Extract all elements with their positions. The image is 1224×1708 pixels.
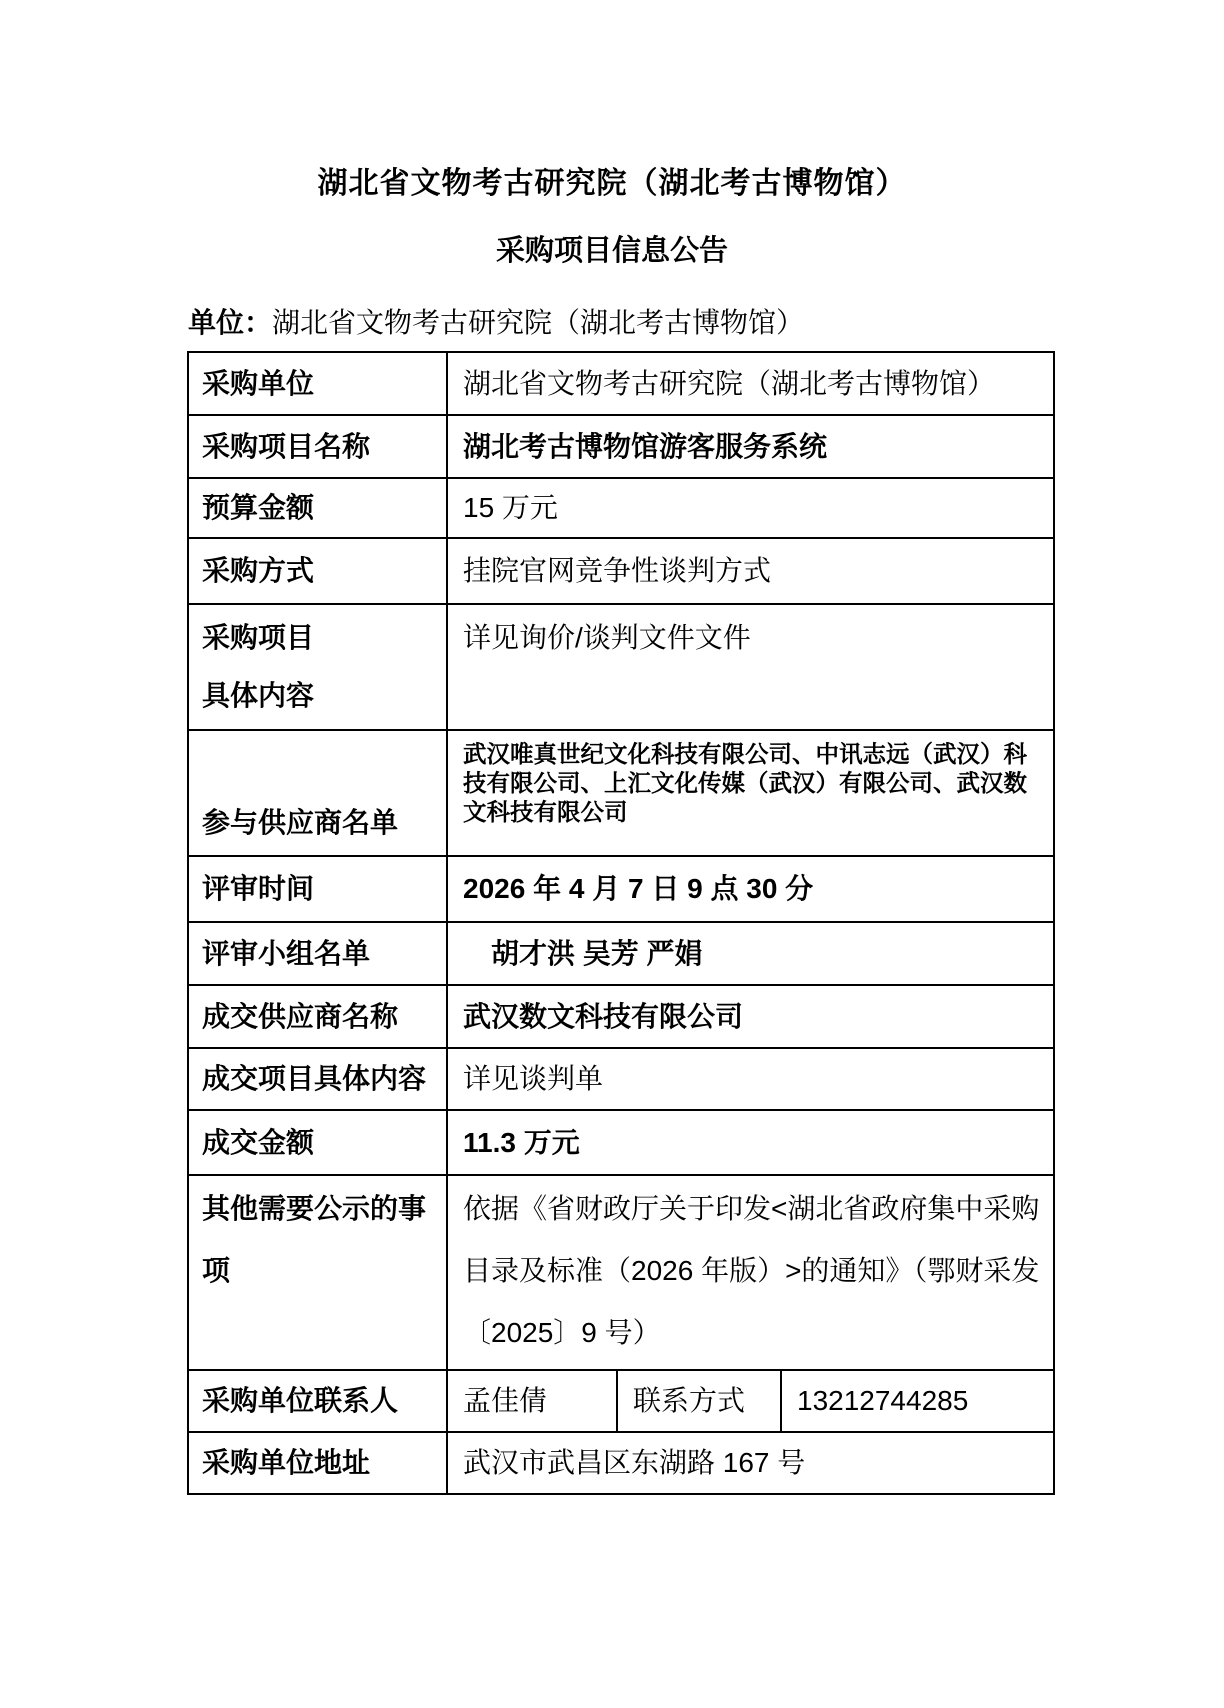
table-row: 采购单位地址 武汉市武昌区东湖路 167 号 [188, 1432, 1054, 1494]
row-label-cell: 成交项目具体内容 [188, 1048, 447, 1110]
contact-method-label-cell: 联系方式 [617, 1370, 781, 1432]
row-value-cell: 湖北考古博物馆游客服务系统 [447, 415, 1054, 478]
table-row: 成交项目具体内容 详见谈判单 [188, 1048, 1054, 1110]
table-row: 采购单位联系人 孟佳倩 联系方式 13212744285 [188, 1370, 1054, 1432]
row-value-cell: 11.3 万元 [447, 1110, 1054, 1175]
table-row: 评审小组名单 胡才洪 吴芳 严娟 [188, 922, 1054, 985]
table-row: 其他需要公示的事 项 依据《省财政厅关于印发<湖北省政府集中采购 目录及标准（2… [188, 1175, 1054, 1370]
contact-phone-cell: 13212744285 [781, 1370, 1054, 1432]
row-label-cell: 评审时间 [188, 856, 447, 922]
table-row: 成交金额 11.3 万元 [188, 1110, 1054, 1175]
unit-value: 湖北省文物考古研究院（湖北考古博物馆） [272, 307, 804, 338]
row-label-cell: 采购单位 [188, 352, 447, 415]
table-row: 成交供应商名称 武汉数文科技有限公司 [188, 985, 1054, 1048]
table-row: 预算金额 15 万元 [188, 478, 1054, 538]
table-row: 采购方式 挂院官网竞争性谈判方式 [188, 538, 1054, 604]
row-label-cell: 采购项目 具体内容 [188, 604, 447, 730]
row-value-cell: 15 万元 [447, 478, 1054, 538]
row-label-cell: 成交金额 [188, 1110, 447, 1175]
row-value-cell: 武汉唯真世纪文化科技有限公司、中讯志远（武汉）科 技有限公司、上汇文化传媒（武汉… [447, 730, 1054, 856]
row-value-cell: 挂院官网竞争性谈判方式 [447, 538, 1054, 604]
table-row: 采购单位 湖北省文物考古研究院（湖北考古博物馆） [188, 352, 1054, 415]
row-value-cell: 胡才洪 吴芳 严娟 [447, 922, 1054, 985]
row-label-cell: 采购单位地址 [188, 1432, 447, 1494]
contact-name-cell: 孟佳倩 [447, 1370, 617, 1432]
table-row: 评审时间 2026 年 4 月 7 日 9 点 30 分 [188, 856, 1054, 922]
row-value-cell: 武汉数文科技有限公司 [447, 985, 1054, 1048]
row-value-cell: 详见询价/谈判文件文件 [447, 604, 1054, 730]
row-label-cell: 成交供应商名称 [188, 985, 447, 1048]
row-value-cell: 2026 年 4 月 7 日 9 点 30 分 [447, 856, 1054, 922]
row-label-cell: 采购单位联系人 [188, 1370, 447, 1432]
table-row: 采购项目 具体内容 详见询价/谈判文件文件 [188, 604, 1054, 730]
row-label-cell: 采购方式 [188, 538, 447, 604]
row-label-cell: 其他需要公示的事 项 [188, 1175, 447, 1370]
row-value-cell: 湖北省文物考古研究院（湖北考古博物馆） [447, 352, 1054, 415]
row-value-cell: 详见谈判单 [447, 1048, 1054, 1110]
document-title: 湖北省文物考古研究院（湖北考古博物馆） [0, 0, 1224, 202]
row-label-cell: 采购项目名称 [188, 415, 447, 478]
unit-line: 单位：湖北省文物考古研究院（湖北考古博物馆） [188, 306, 1224, 340]
document-page: 湖北省文物考古研究院（湖北考古博物馆） 采购项目信息公告 单位：湖北省文物考古研… [0, 0, 1224, 1708]
row-value-cell: 武汉市武昌区东湖路 167 号 [447, 1432, 1054, 1494]
table-row: 参与供应商名单 武汉唯真世纪文化科技有限公司、中讯志远（武汉）科 技有限公司、上… [188, 730, 1054, 856]
row-label-cell: 参与供应商名单 [188, 730, 447, 856]
row-value-cell: 依据《省财政厅关于印发<湖北省政府集中采购 目录及标准（2026 年版）>的通知… [447, 1175, 1054, 1370]
row-label-cell: 预算金额 [188, 478, 447, 538]
unit-label: 单位： [188, 307, 272, 338]
document-subtitle: 采购项目信息公告 [0, 233, 1224, 269]
table-row: 采购项目名称 湖北考古博物馆游客服务系统 [188, 415, 1054, 478]
row-label-cell: 评审小组名单 [188, 922, 447, 985]
procurement-info-table: 采购单位 湖北省文物考古研究院（湖北考古博物馆） 采购项目名称 湖北考古博物馆游… [187, 351, 1055, 1495]
